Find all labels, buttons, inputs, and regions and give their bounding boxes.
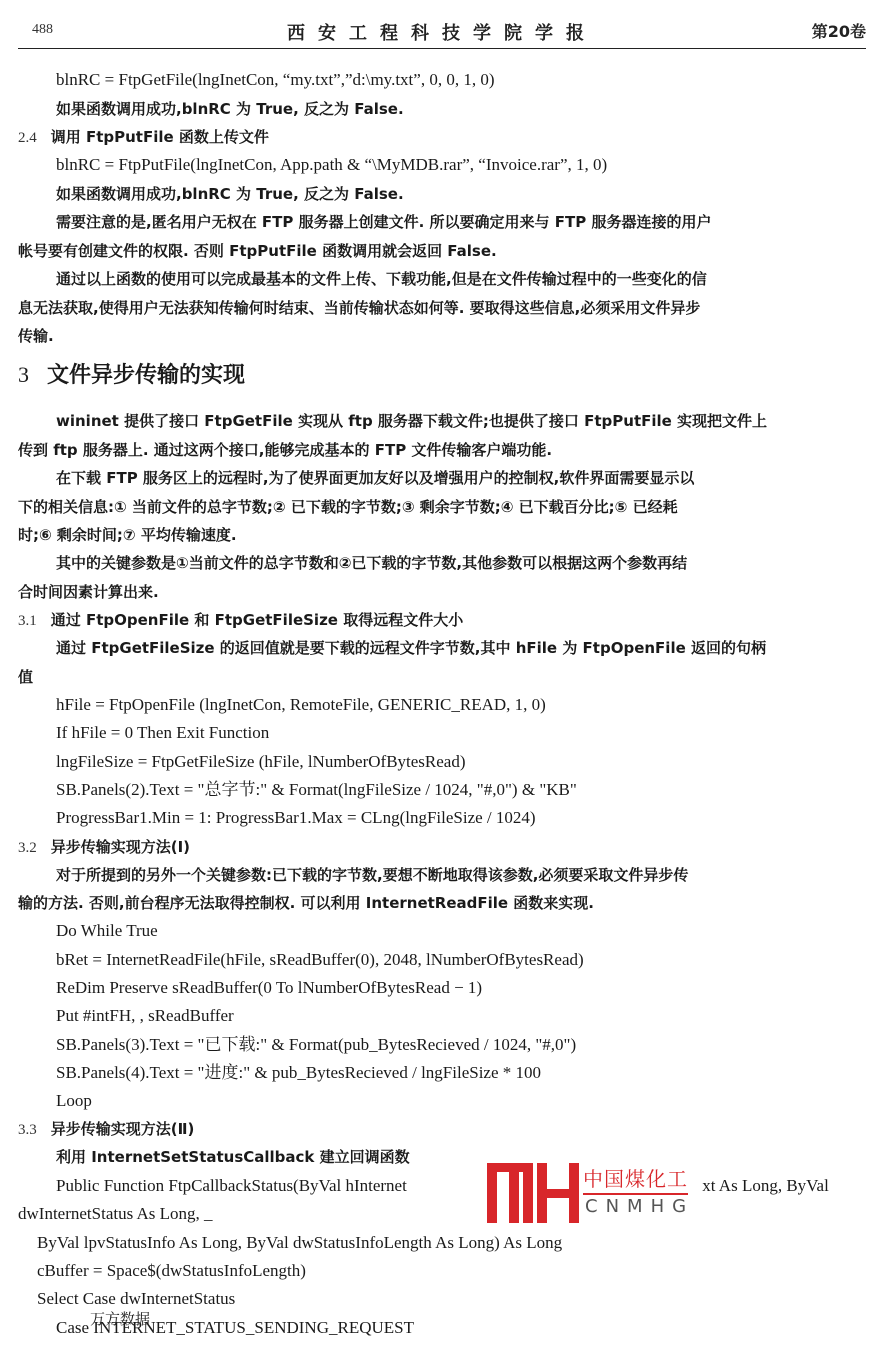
- watermark-text: 万方数据: [90, 1308, 150, 1329]
- section-number: 3.2: [18, 840, 37, 856]
- paragraph-line: 如果函数调用成功,blnRC 为 True, 反之为 False.: [56, 184, 404, 204]
- paragraph-line: 帐号要有创建文件的权限. 否则 FtpPutFile 函数调用就会返回 Fals…: [18, 241, 497, 261]
- paragraph-line: 时;⑥ 剩余时间;⑦ 平均传输速度.: [18, 525, 237, 545]
- code-line: SB.Panels(3).Text = "已下载:" & Format(pub_…: [56, 1035, 576, 1055]
- code-line: Do While True: [56, 921, 158, 941]
- paragraph-line: 需要注意的是,匿名用户无权在 FTP 服务器上创建文件. 所以要确定用来与 FT…: [56, 212, 711, 232]
- section-number: 3.1: [18, 613, 37, 629]
- code-line: bRet = InternetReadFile(hFile, sReadBuff…: [56, 950, 584, 970]
- logo-chinese-text: 中国煤化工: [583, 1163, 688, 1195]
- volume-label: 第20卷: [812, 19, 866, 42]
- section-heading-3-2: 3.2异步传输实现方法(Ⅰ): [18, 837, 190, 858]
- code-line: SB.Panels(4).Text = "进度:" & pub_BytesRec…: [56, 1063, 541, 1083]
- mh-logo-icon: [487, 1163, 579, 1223]
- section-title: 文件异步传输的实现: [47, 363, 245, 388]
- code-line: Public Function FtpCallbackStatus(ByVal …: [56, 1176, 407, 1196]
- cnmhg-logo: 中国煤化工 CNMHG: [487, 1163, 702, 1223]
- paragraph-line: 其中的关键参数是①当前文件的总字节数和②已下载的字节数,其他参数可以根据这两个参…: [56, 553, 687, 573]
- section-number: 2.4: [18, 130, 37, 146]
- paragraph-line: 利用 InternetSetStatusCallback 建立回调函数: [56, 1147, 410, 1167]
- paragraph-line: 输的方法. 否则,前台程序无法取得控制权. 可以利用 InternetReadF…: [18, 893, 594, 913]
- section-number: 3.3: [18, 1122, 37, 1138]
- code-line: ByVal lpvStatusInfo As Long, ByVal dwSta…: [37, 1233, 562, 1253]
- code-line: blnRC = FtpGetFile(lngInetCon, “my.txt”,…: [56, 70, 494, 90]
- logo-english-text: CNMHG: [585, 1196, 694, 1217]
- code-line: text As Long, ByVal: [690, 1176, 829, 1196]
- code-line: lngFileSize = FtpGetFileSize (hFile, lNu…: [56, 752, 466, 772]
- section-title: 异步传输实现方法(Ⅱ): [51, 1120, 195, 1138]
- section-heading-3: 3文件异步传输的实现: [18, 365, 245, 386]
- journal-title: 西安工程科技学院学报: [18, 19, 866, 45]
- section-number: 3: [18, 362, 29, 387]
- paragraph-line: 合时间因素计算出来.: [18, 582, 159, 602]
- code-line: hFile = FtpOpenFile (lngInetCon, RemoteF…: [56, 695, 546, 715]
- paragraph-line: wininet 提供了接口 FtpGetFile 实现从 ftp 服务器下载文件…: [56, 411, 767, 431]
- code-line: blnRC = FtpPutFile(lngInetCon, App.path …: [56, 155, 607, 175]
- code-line: cBuffer = Space$(dwStatusInfoLength): [37, 1261, 306, 1281]
- paragraph-line: 下的相关信息:① 当前文件的总字节数;② 已下载的字节数;③ 剩余字节数;④ 已…: [18, 497, 678, 517]
- code-line: SB.Panels(2).Text = "总字节:" & Format(lngF…: [56, 780, 577, 800]
- code-line: dwInternetStatus As Long, _: [18, 1204, 213, 1224]
- paragraph-line: 通过以上函数的使用可以完成最基本的文件上传、下载功能,但是在文件传输过程中的一些…: [56, 269, 707, 289]
- code-line: Select Case dwInternetStatus: [37, 1289, 235, 1309]
- paragraph-line: 息无法获取,使得用户无法获知传输何时结束、当前传输状态如何等. 要取得这些信息,…: [18, 298, 700, 318]
- paragraph-line: 对于所提到的另外一个关键参数:已下载的字节数,要想不断地取得该参数,必须要采取文…: [56, 865, 688, 885]
- paragraph-line: 传到 ftp 服务器上. 通过这两个接口,能够完成基本的 FTP 文件传输客户端…: [18, 440, 552, 460]
- paragraph-line: 如果函数调用成功,blnRC 为 True, 反之为 False.: [56, 99, 404, 119]
- code-line: Put #intFH, , sReadBuffer: [56, 1006, 234, 1026]
- paragraph-line: 传输.: [18, 326, 54, 346]
- paragraph-line: 通过 FtpGetFileSize 的返回值就是要下载的远程文件字节数,其中 h…: [56, 638, 766, 658]
- code-line: Loop: [56, 1091, 92, 1111]
- section-title: 异步传输实现方法(Ⅰ): [51, 838, 190, 856]
- section-heading-2-4: 2.4调用 FtpPutFile 函数上传文件: [18, 127, 269, 148]
- section-title: 调用 FtpPutFile 函数上传文件: [51, 128, 269, 146]
- page-header: 488 西安工程科技学院学报 第20卷: [18, 14, 866, 49]
- code-line: ReDim Preserve sReadBuffer(0 To lNumberO…: [56, 978, 482, 998]
- paragraph-line: 值: [18, 667, 33, 687]
- code-line: If hFile = 0 Then Exit Function: [56, 723, 269, 743]
- section-heading-3-3: 3.3异步传输实现方法(Ⅱ): [18, 1119, 194, 1140]
- section-heading-3-1: 3.1通过 FtpOpenFile 和 FtpGetFileSize 取得远程文…: [18, 610, 463, 631]
- section-title: 通过 FtpOpenFile 和 FtpGetFileSize 取得远程文件大小: [51, 611, 463, 629]
- code-line: ProgressBar1.Min = 1: ProgressBar1.Max =…: [56, 808, 536, 828]
- paragraph-line: 在下载 FTP 服务区上的远程时,为了使界面更加友好以及增强用户的控制权,软件界…: [56, 468, 694, 488]
